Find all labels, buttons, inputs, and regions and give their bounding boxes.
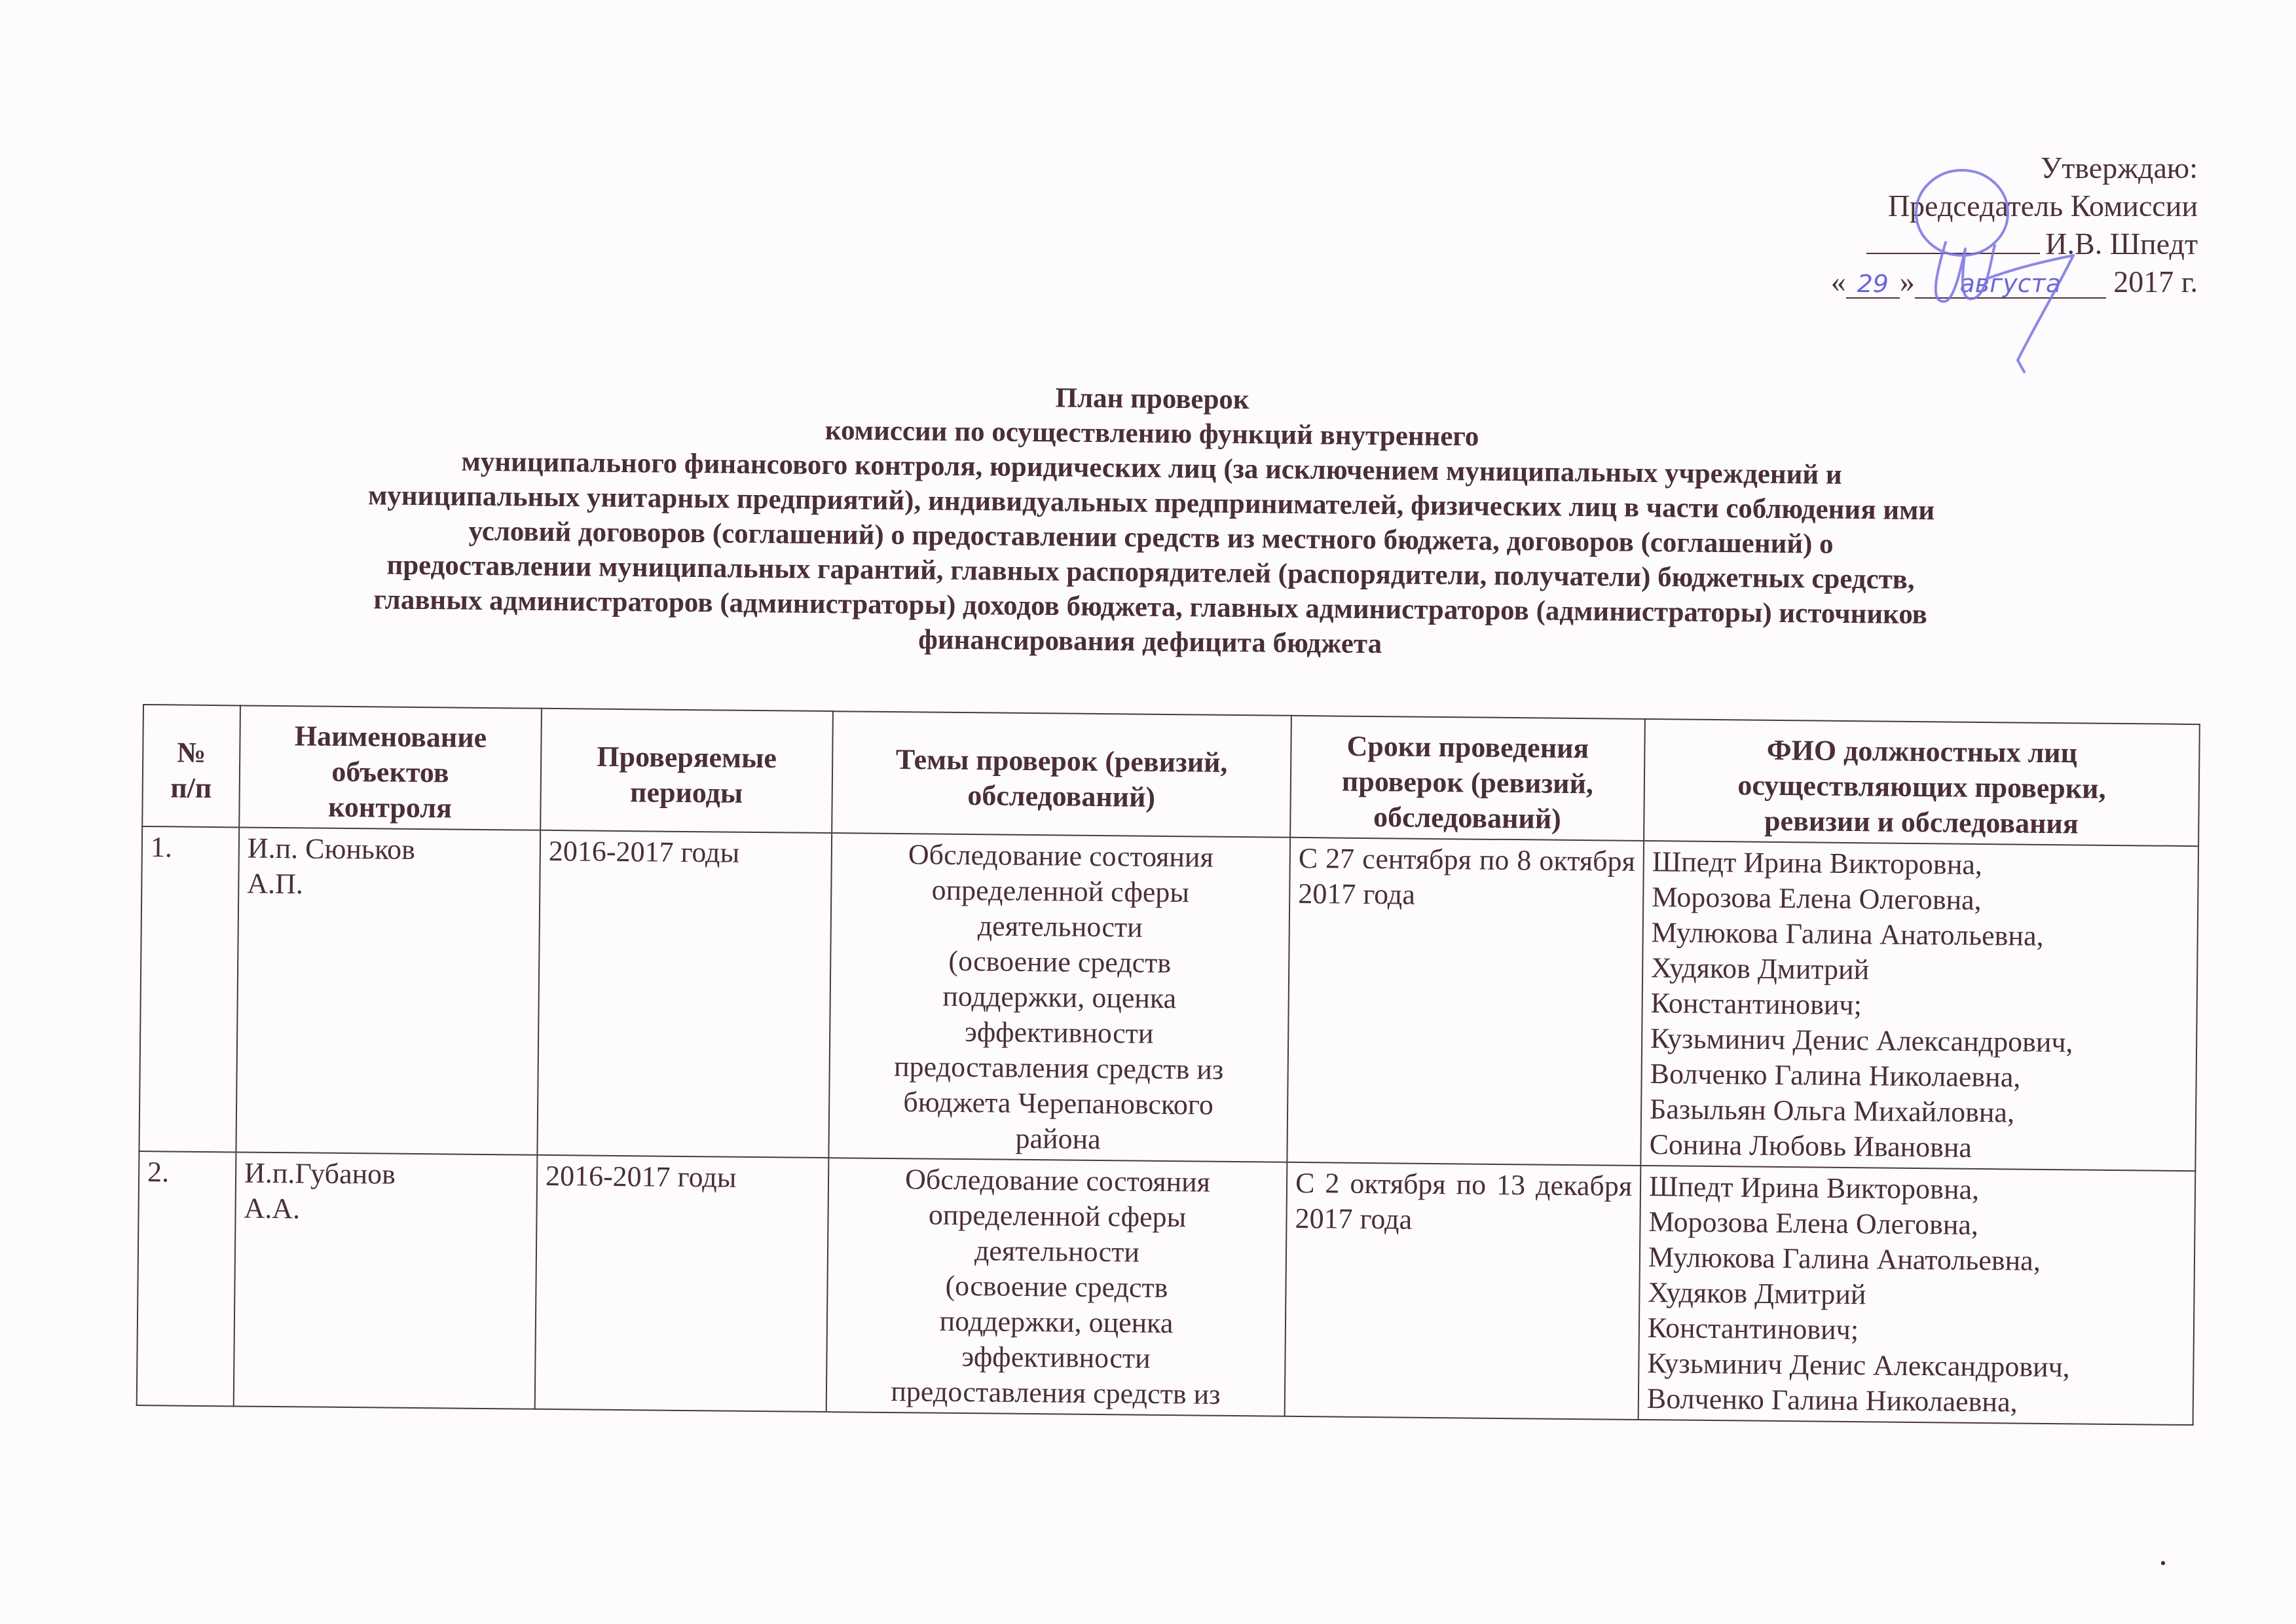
control-object: И.п.Губанов А.А. bbox=[234, 1152, 538, 1409]
inspection-plan-table: № п/п Наименование объектов контроля Про… bbox=[136, 704, 2199, 1426]
date-year: 2017 г. bbox=[2113, 265, 2198, 299]
responsible-staff: Шпедт Ирина Викторовна, Морозова Елена О… bbox=[1639, 1166, 2196, 1425]
document-title: План проверок комиссии по осуществлению … bbox=[148, 372, 2155, 669]
control-object: И.п. Сюньков А.П. bbox=[236, 827, 540, 1154]
audit-period: 2016-2017 годы bbox=[535, 1155, 829, 1412]
header-responsible-staff: ФИО должностных лиц осуществляющих прове… bbox=[1644, 719, 2200, 846]
header-dates: Сроки проведения проверок (ревизий, обсл… bbox=[1290, 716, 1645, 841]
header-control-object: Наименование объектов контроля bbox=[239, 705, 542, 830]
signature-blank bbox=[1866, 233, 2040, 254]
header-topics: Темы проверок (ревизий, обследований) bbox=[832, 711, 1291, 838]
row-number: 2. bbox=[137, 1151, 236, 1406]
approval-date: «29»августа 2017 г. bbox=[1831, 263, 2198, 301]
table-row: 2. И.п.Губанов А.А. 2016-2017 годы Обсле… bbox=[137, 1151, 2196, 1425]
audit-topic: Обследование состояния определенной сфер… bbox=[828, 833, 1290, 1162]
row-number: 1. bbox=[139, 826, 239, 1152]
audit-topic: Обследование состояния определенной сфер… bbox=[826, 1158, 1287, 1416]
header-periods: Проверяемые периоды bbox=[540, 709, 833, 833]
audit-period: 2016-2017 годы bbox=[537, 830, 832, 1158]
header-number: № п/п bbox=[142, 705, 240, 827]
scan-speck bbox=[2161, 1561, 2165, 1565]
signatory-line: И.В. Шпедт bbox=[1831, 225, 2198, 263]
date-open-quote: « bbox=[1831, 265, 1846, 299]
table-row: 1. И.п. Сюньков А.П. 2016-2017 годы Обсл… bbox=[139, 826, 2198, 1171]
responsible-staff: Шпедт Ирина Викторовна, Морозова Елена О… bbox=[1640, 841, 2198, 1171]
approver-position: Председатель Комиссии bbox=[1831, 187, 2198, 225]
date-month-handwritten: августа bbox=[1915, 270, 2106, 299]
audit-dates: С 27 сентября по 8 октября 2017 года bbox=[1287, 838, 1644, 1166]
table-header-row: № п/п Наименование объектов контроля Про… bbox=[142, 705, 2200, 846]
document-page: Утверждаю: Председатель Комиссии И.В. Шп… bbox=[0, 0, 2296, 1624]
signatory-name: И.В. Шпедт bbox=[2045, 227, 2198, 261]
approval-block: Утверждаю: Председатель Комиссии И.В. Шп… bbox=[1831, 149, 2198, 301]
date-close-quote: » bbox=[1900, 265, 1915, 299]
date-day-handwritten: 29 bbox=[1846, 270, 1900, 299]
audit-dates: С 2 октября по 13 декабря 2017 года bbox=[1285, 1162, 1641, 1420]
approve-label: Утверждаю: bbox=[1831, 149, 2198, 187]
